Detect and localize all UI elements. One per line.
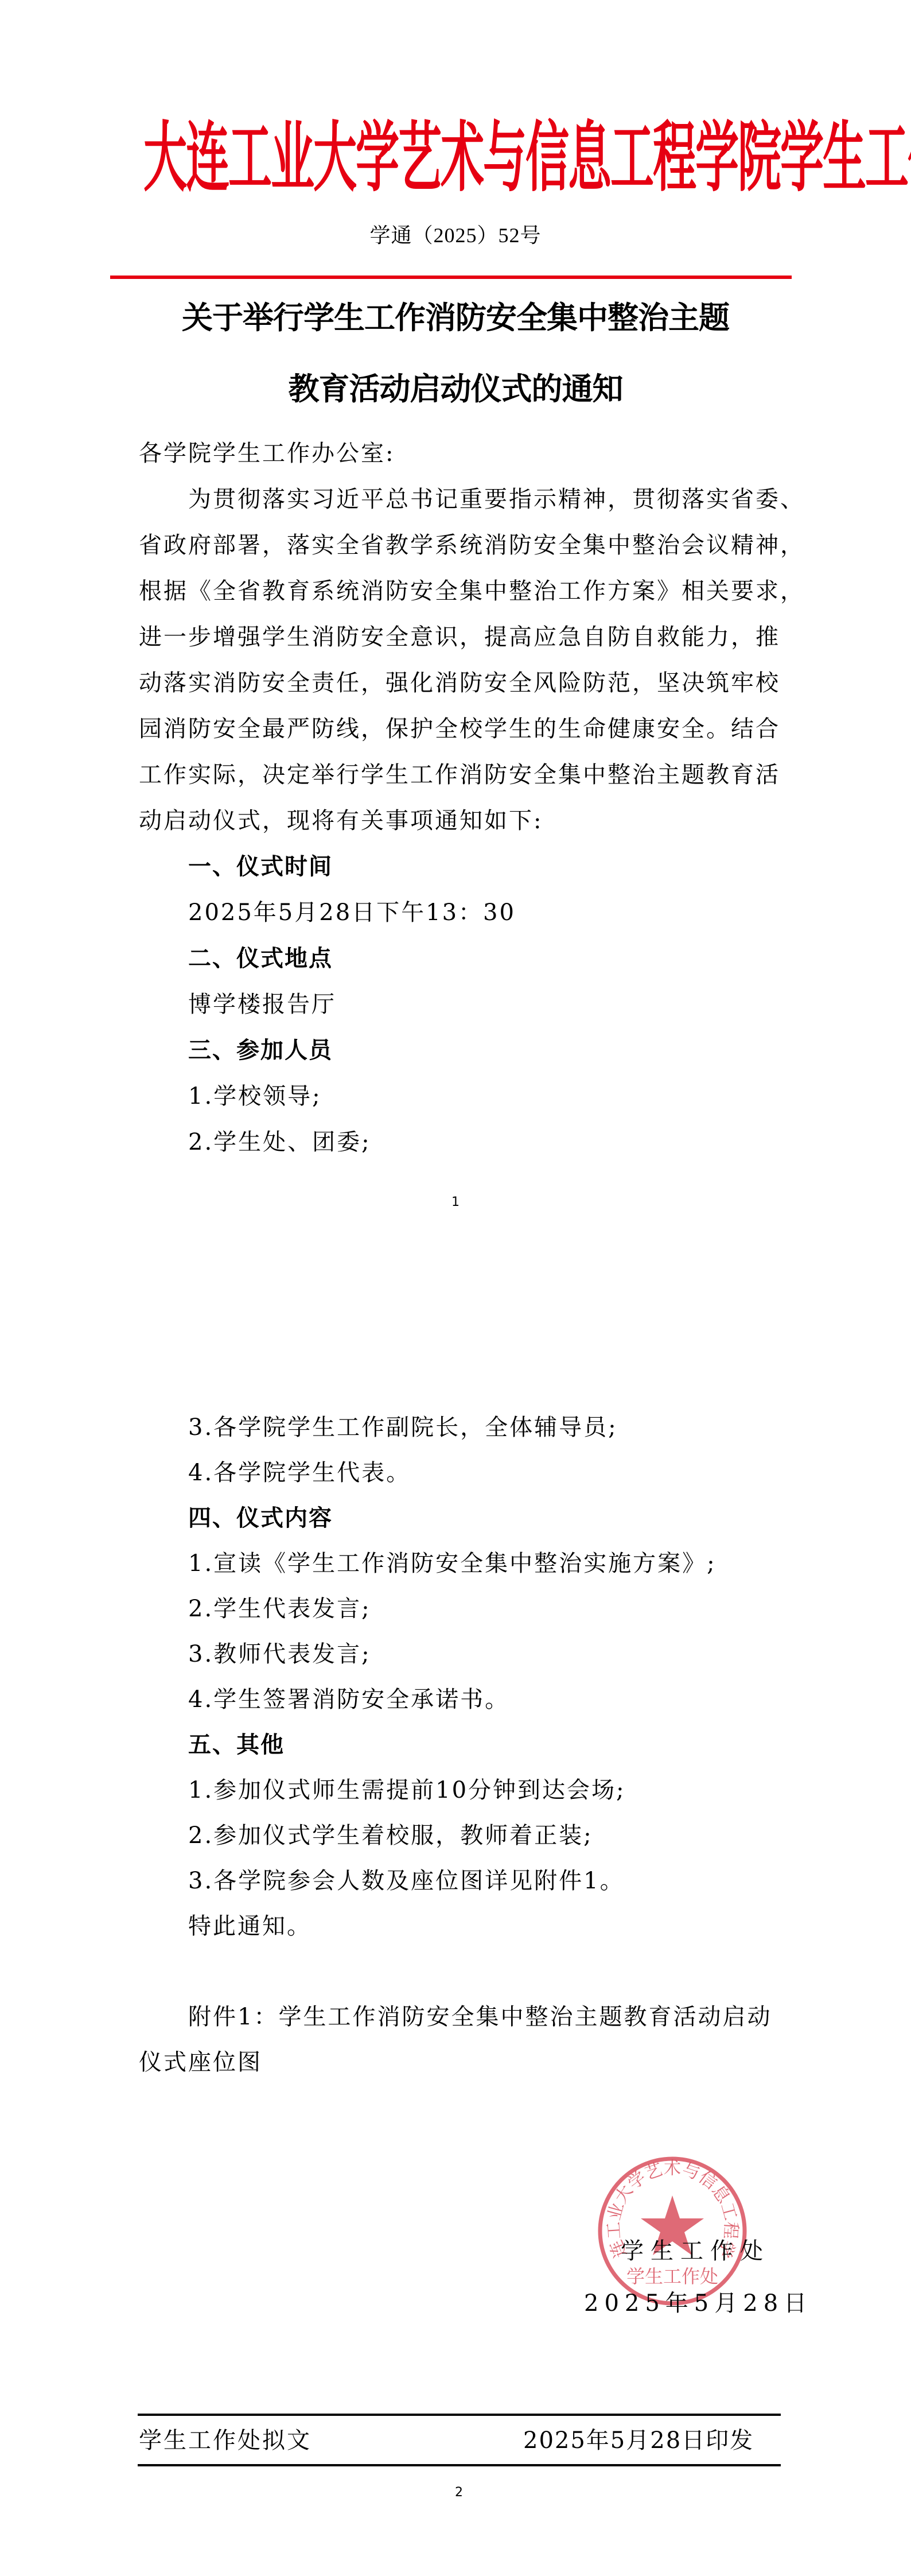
- notice-title-line-2: 教育活动启动仪式的通知: [0, 366, 911, 412]
- intro-line: 根据《全省教育系统消防安全集中整治工作方案》相关要求，: [139, 574, 805, 608]
- other-item: 3.各学院参会人数及座位图详见附件1。: [188, 1864, 625, 1898]
- ceremony-place: 博学楼报告厅: [188, 987, 336, 1022]
- document-number: 学通（2025）52号: [0, 221, 911, 250]
- program-item: 4.学生签署消防安全承诺书。: [188, 1682, 509, 1717]
- section-heading-other: 五、其他: [188, 1728, 285, 1762]
- other-item: 1.参加仪式师生需提前10分钟到达会场;: [188, 1773, 626, 1807]
- footer-drafter: 学生工作处拟文: [139, 2423, 312, 2458]
- page-number: 1: [444, 1195, 467, 1209]
- intro-line: 进一步增强学生消防安全意识，提高应急自防自救能力，推: [139, 620, 780, 654]
- closing-remark: 特此通知。: [188, 1909, 312, 1943]
- attendee-item: 4.各学院学生代表。: [188, 1456, 411, 1490]
- salutation: 各学院学生工作办公室:: [139, 436, 395, 471]
- footer-bottom-rule: [138, 2464, 781, 2466]
- masthead-red-divider: [110, 276, 792, 279]
- intro-line: 园消防安全最严防线，保护全校学生的生命健康安全。结合: [139, 712, 780, 746]
- intro-line: 动落实消防安全责任，强化消防安全风险防范，坚决筑牢校: [139, 666, 780, 700]
- attendee-item: 1.学校领导;: [188, 1079, 322, 1114]
- footer-top-rule: [138, 2414, 781, 2416]
- program-item: 1.宣读《学生工作消防安全集中整治实施方案》;: [188, 1546, 717, 1581]
- section-heading-attendees: 三、参加人员: [188, 1033, 333, 1068]
- intro-line: 为贯彻落实习近平总书记重要指示精神，贯彻落实省委、: [188, 482, 805, 517]
- intro-line: 省政府部署，落实全省教学系统消防安全集中整治会议精神，: [139, 528, 805, 562]
- section-heading-place: 二、仪式地点: [188, 941, 333, 976]
- attendee-item: 3.各学院学生工作副院长，全体辅导员;: [188, 1410, 618, 1445]
- page-number: 2: [447, 2485, 470, 2500]
- notice-title-line-1: 关于举行学生工作消防安全集中整治主题: [0, 294, 911, 340]
- signature-date: 2025年5月28日: [584, 2286, 812, 2321]
- seal-inner-text: 学生工作处: [626, 2265, 718, 2287]
- ceremony-time: 2025年5月28日下午13：30: [188, 895, 516, 930]
- section-heading-time: 一、仪式时间: [188, 849, 333, 884]
- attachment-line-1: 附件1：学生工作消防安全集中整治主题教育活动启动: [188, 2000, 772, 2034]
- signature-org: 学生工作处: [621, 2234, 770, 2268]
- intro-line: 动启动仪式，现将有关事项通知如下:: [139, 804, 543, 838]
- program-item: 2.学生代表发言;: [188, 1592, 371, 1626]
- attendee-item: 2.学生处、团委;: [188, 1125, 371, 1159]
- official-seal: 大连工业大学艺术与信息工程学院 学生工作处: [597, 2155, 748, 2307]
- other-item: 2.参加仪式学生着校服，教师着正装;: [188, 1818, 593, 1853]
- intro-line: 工作实际，决定举行学生工作消防安全集中整治主题教育活: [139, 758, 780, 792]
- program-item: 3.教师代表发言;: [188, 1637, 371, 1671]
- section-heading-program: 四、仪式内容: [188, 1501, 333, 1535]
- seal-icon: 大连工业大学艺术与信息工程学院 学生工作处: [597, 2155, 748, 2307]
- attachment-line-2: 仪式座位图: [139, 2045, 262, 2080]
- issuer-masthead: 大连工业大学艺术与信息工程学院学生工作处: [143, 88, 783, 228]
- footer-issue-date: 2025年5月28日印发: [523, 2423, 754, 2458]
